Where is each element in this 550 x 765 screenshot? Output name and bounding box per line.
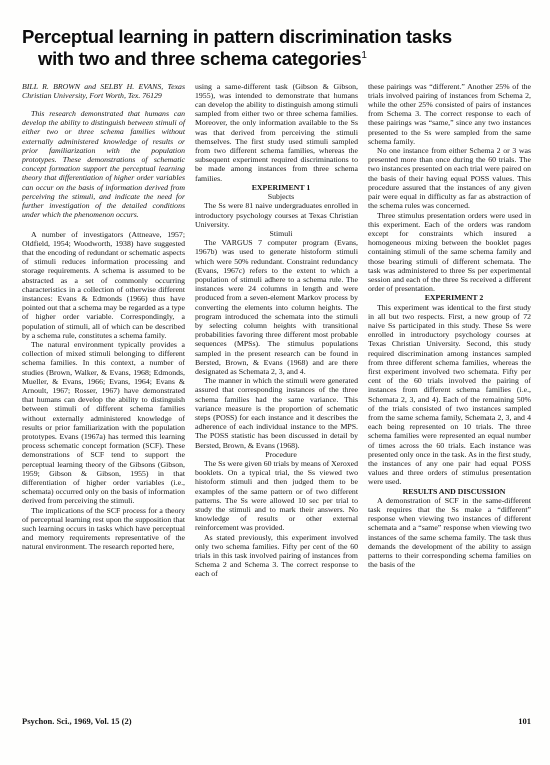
subheading-stimuli: Stimuli	[195, 229, 358, 238]
subjects-paragraph: The Ss were 81 naive undergraduates enro…	[195, 201, 358, 229]
title-line-2-text: with two and three schema categories	[38, 48, 361, 69]
heading-experiment-1: EXPERIMENT 1	[195, 183, 358, 192]
subheading-procedure: Procedure	[195, 450, 358, 459]
title-footnote-mark: 1	[361, 50, 366, 61]
title-line-1: Perceptual learning in pattern discrimin…	[22, 26, 452, 47]
intro-paragraph-3: The implications of the SCF process for …	[22, 506, 185, 552]
heading-results-discussion: RESULTS AND DISCUSSION	[368, 487, 531, 496]
intro-paragraph-3-continued: using a same-different task (Gibson & Gi…	[195, 82, 358, 183]
procedure-paragraph-1: The Ss were given 60 trials by means of …	[195, 459, 358, 533]
intro-paragraph-2: The natural environment typically provid…	[22, 340, 185, 506]
experiment2-paragraph: This experiment was identical to the fir…	[368, 303, 531, 487]
byline-authors: BILL R. BROWN and SELBY H. EVANS,	[22, 82, 163, 91]
byline: BILL R. BROWN and SELBY H. EVANS, Texas …	[22, 82, 185, 100]
procedure-paragraph-3: No one instance from either Schema 2 or …	[368, 146, 531, 210]
page-number: 101	[518, 716, 531, 726]
stimuli-paragraph-1: The VARGUS 7 computer program (Evans, 19…	[195, 238, 358, 376]
column-3: these pairings was “different.” Another …	[368, 82, 531, 694]
abstract-paragraph: This research demonstrated that humans c…	[22, 109, 185, 219]
paper-title: Perceptual learning in pattern discrimin…	[0, 0, 550, 70]
heading-experiment-2: EXPERIMENT 2	[368, 293, 531, 302]
paper-page: Perceptual learning in pattern discrimin…	[0, 0, 550, 765]
column-1: BILL R. BROWN and SELBY H. EVANS, Texas …	[22, 82, 185, 694]
results-paragraph: A demonstration of SCF in the same-diffe…	[368, 496, 531, 570]
procedure-paragraph-2: As stated previously, this experiment in…	[195, 533, 358, 579]
article-columns: BILL R. BROWN and SELBY H. EVANS, Texas …	[0, 70, 550, 694]
stimuli-paragraph-2: The manner in which the stimuli were gen…	[195, 376, 358, 450]
column-2: using a same-different task (Gibson & Gi…	[195, 82, 358, 694]
procedure-paragraph-4: Three stimulus presentation orders were …	[368, 211, 531, 294]
subheading-subjects: Subjects	[195, 192, 358, 201]
journal-citation: Psychon. Sci., 1969, Vol. 15 (2)	[22, 716, 132, 726]
page-footer: Psychon. Sci., 1969, Vol. 15 (2) 101	[22, 716, 531, 726]
title-line-2: with two and three schema categories1	[22, 48, 530, 70]
intro-paragraph-1: A number of investigators (Attneave, 195…	[22, 230, 185, 340]
procedure-paragraph-2-continued: these pairings was “different.” Another …	[368, 82, 531, 146]
